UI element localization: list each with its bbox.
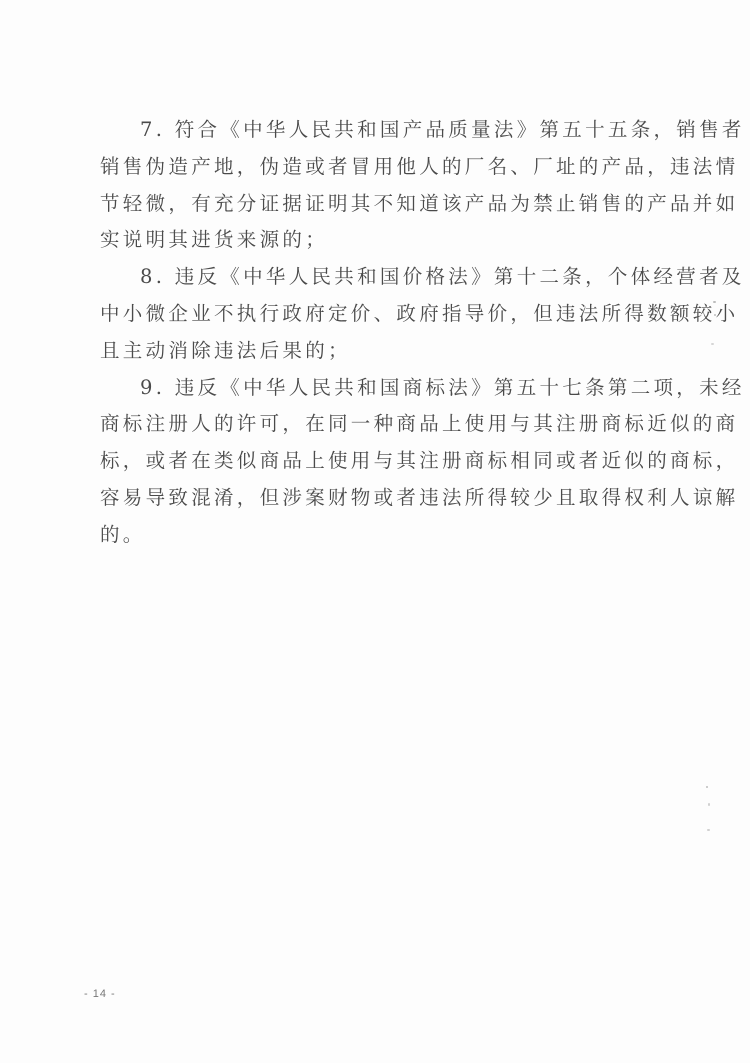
- text-line: 容易导致混淆，但涉案财物或者违法所得较少且取得权利人谅解: [100, 480, 662, 517]
- text-line: 节轻微，有充分证据证明其不知道该产品为禁止销售的产品并如: [100, 186, 662, 223]
- scan-artifact: [714, 314, 716, 316]
- scan-artifact: [713, 301, 716, 303]
- text-line: 9. 违反《中华人民共和国商标法》第五十七条第二项，未经: [100, 370, 662, 407]
- text-line: 销售伪造产地，伪造或者冒用他人的厂名、厂址的产品，违法情: [100, 149, 662, 186]
- document-body: 7. 符合《中华人民共和国产品质量法》第五十五条，销售者 销售伪造产地，伪造或者…: [100, 112, 662, 554]
- text-line: 的。: [100, 517, 662, 554]
- document-page: 7. 符合《中华人民共和国产品质量法》第五十五条，销售者 销售伪造产地，伪造或者…: [0, 0, 750, 1063]
- scan-artifact: [707, 829, 710, 831]
- text-line: 8. 违反《中华人民共和国价格法》第十二条，个体经营者及: [100, 259, 662, 296]
- text-line: 标，或者在类似商品上使用与其注册商标相同或者近似的商标，: [100, 443, 662, 480]
- text-line: 7. 符合《中华人民共和国产品质量法》第五十五条，销售者: [100, 112, 662, 149]
- text-line: 实说明其进货来源的；: [100, 222, 662, 259]
- text-line: 中小微企业不执行政府定价、政府指导价，但违法所得数额较小: [100, 296, 662, 333]
- page-number: - 14 -: [84, 988, 116, 1000]
- clause-7: 7. 符合《中华人民共和国产品质量法》第五十五条，销售者 销售伪造产地，伪造或者…: [100, 112, 662, 259]
- text-line: 且主动消除违法后果的；: [100, 333, 662, 370]
- scan-artifact: [711, 343, 714, 345]
- clause-8: 8. 违反《中华人民共和国价格法》第十二条，个体经营者及 中小微企业不执行政府定…: [100, 259, 662, 369]
- text-line: 商标注册人的许可，在同一种商品上使用与其注册商标近似的商: [100, 406, 662, 443]
- clause-9: 9. 违反《中华人民共和国商标法》第五十七条第二项，未经 商标注册人的许可，在同…: [100, 370, 662, 554]
- scan-artifact: [706, 786, 708, 788]
- scan-artifact: [708, 803, 710, 806]
